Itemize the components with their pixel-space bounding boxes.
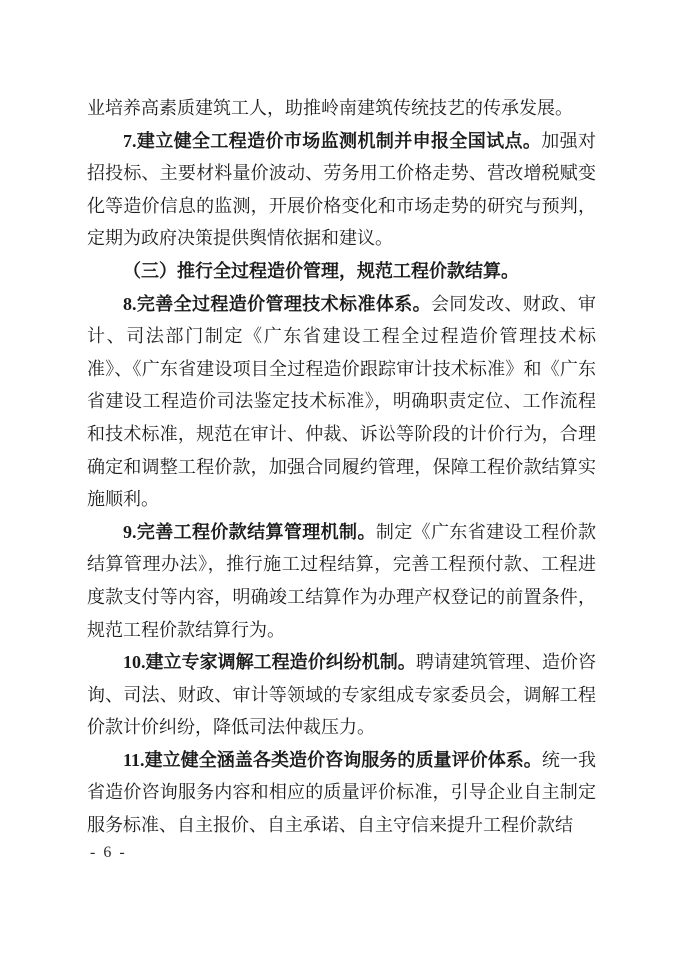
page-number: - 6 - (90, 843, 127, 863)
paragraph: 8.完善全过程造价管理技术标准体系。会同发改、财政、审计、司法部门制定《广东省建… (87, 288, 596, 516)
paragraph: （三）推行全过程造价管理，规范工程价款结算。 (87, 255, 596, 288)
text-run-bold: （三）推行全过程造价管理，规范工程价款结算。 (123, 261, 519, 281)
paragraph: 10.建立专家调解工程造价纠纷机制。聘请建筑管理、造价咨询、司法、财政、审计等领… (87, 646, 596, 744)
paragraph: 11.建立健全涵盖各类造价咨询服务的质量评价体系。统一我省造价咨询服务内容和相应… (87, 744, 596, 842)
text-run-bold: 10.建立专家调解工程造价纠纷机制。 (123, 652, 416, 672)
text-run: 会同发改、财政、审计、司法部门制定《广东省建设工程全过程造价管理技术标准》、《广… (87, 294, 596, 510)
paragraph: 业培养高素质建筑工人，助推岭南建筑传统技艺的传承发展。 (87, 92, 596, 125)
text-run-bold: 7.建立健全工程造价市场监测机制并申报全国试点。 (123, 131, 541, 151)
text-run-bold: 9.完善工程价款结算管理机制。 (123, 522, 376, 542)
paragraph: 7.建立健全工程造价市场监测机制并申报全国试点。加强对招投标、主要材料量价波动、… (87, 125, 596, 255)
text-run-bold: 8.完善全过程造价管理技术标准体系。 (123, 294, 431, 314)
document-body: 业培养高素质建筑工人，助推岭南建筑传统技艺的传承发展。7.建立健全工程造价市场监… (87, 92, 596, 842)
document-page: 业培养高素质建筑工人，助推岭南建筑传统技艺的传承发展。7.建立健全工程造价市场监… (0, 0, 680, 962)
paragraph: 9.完善工程价款结算管理机制。制定《广东省建设工程价款结算管理办法》，推行施工过… (87, 516, 596, 646)
text-run: 业培养高素质建筑工人，助推岭南建筑传统技艺的传承发展。 (87, 98, 573, 118)
text-run-bold: 11.建立健全涵盖各类造价咨询服务的质量评价体系。 (123, 750, 542, 770)
